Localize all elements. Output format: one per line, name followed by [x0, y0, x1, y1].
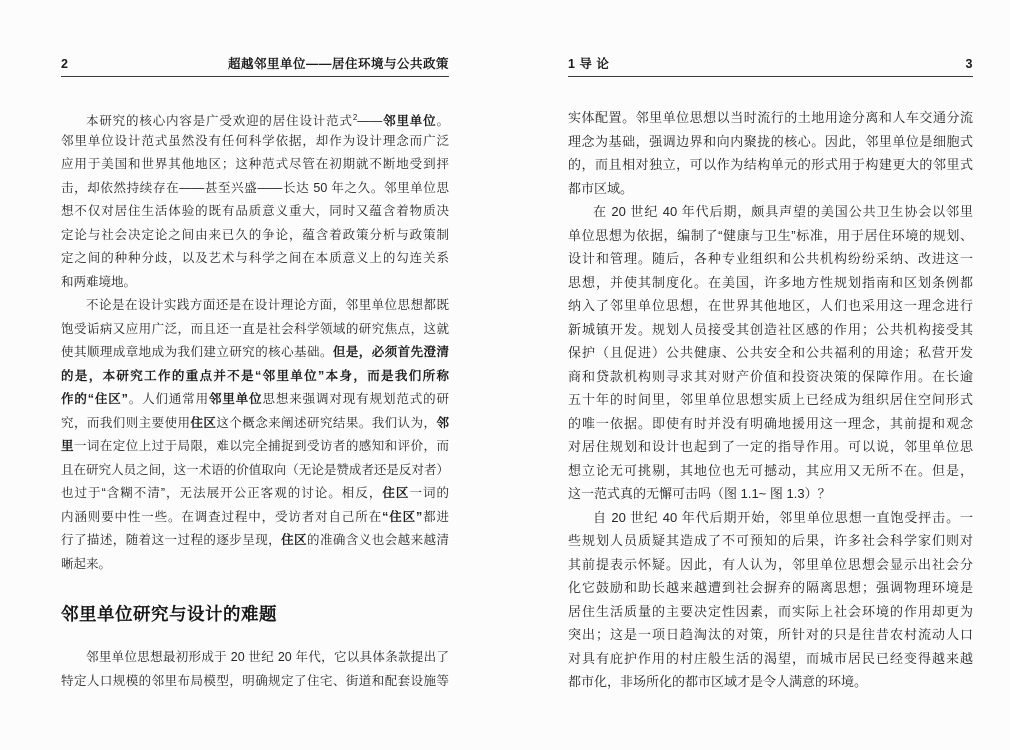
- text-run: 想不仅对居住生活体验的既有品质意义重大，同时又蕴含着物质决: [61, 204, 449, 218]
- text-run: 饱受诟病又应用广泛，而且还一直是社会科学领域的研究焦点，这就: [61, 322, 449, 336]
- text-line: 内涵则要中性一些。在调查过程中，受访者对自己所在“住区”都进: [61, 506, 449, 530]
- chapter-title-right: 1 导 论: [568, 54, 609, 72]
- page-left: 2 超越邻里单位——居住环境与公共政策 本研究的核心内容是广受欢迎的居住设计范式…: [61, 54, 449, 693]
- text-line: 作的“住区”。人们通常用邻里单位思想来强调对现有规划范式的研: [61, 388, 449, 412]
- text-run: 单位思想为依据，编制了“健康与卫生”标准，用于居住环境的规划、: [568, 228, 973, 243]
- text-line: 想不仅对居住生活体验的既有品质意义重大，同时又蕴含着物质决: [61, 200, 449, 224]
- text-line: 五十年的时间里，邻里单位思想实质上已经成为组织居住空间形式: [568, 388, 973, 412]
- text-run: 使其顺理成章地成为我们建立研究的核心基础。: [61, 345, 333, 359]
- text-line: 的，而且相对独立，可以作为结构单元的形式用于构建更大的邻里式: [568, 153, 973, 177]
- page-body-left: 本研究的核心内容是广受欢迎的居住设计范式2——邻里单位。邻里单位设计范式虽然没有…: [61, 77, 449, 693]
- text-run: 内涵则要中性一些。在调查过程中，受访者对自己所在: [61, 510, 382, 524]
- text-run: 邻里单位设计范式虽然没有任何科学依据，却作为设计理念而广泛: [61, 134, 449, 148]
- text-run: 应用于美国和世界其他地区；这种范式尽管在初期就不断地受到抨: [61, 157, 449, 171]
- text-line: 里一词在定位上过于局限，难以完全捕捉到受访者的感知和评价，而: [61, 435, 449, 459]
- text-run: 里: [61, 439, 74, 453]
- text-line: 对具有庇护作用的村庄般生活的渴望，而城市居民已经变得越来越: [568, 647, 973, 671]
- paragraph: 自 20 世纪 40 年代后期开始，邻里单位思想一直饱受抨击。一些规划人员质疑其…: [568, 506, 973, 694]
- text-run: 想立论无可挑剔，其地位也无可撼动，其应用又无所不在。但是，: [568, 463, 973, 478]
- text-run: 对居住规划和设计也起到了一定的指导作用。可以说，邻里单位思: [568, 439, 973, 454]
- text-line: 行了描述，随着这一过程的逐步呈现，住区的准确含义也会越来越清: [61, 529, 449, 553]
- text-line: 理念为基础，强调边界和向内聚拢的核心。因此，邻里单位是细胞式: [568, 130, 973, 154]
- page-number-left: 2: [61, 57, 68, 71]
- running-title-left: 超越邻里单位——居住环境与公共政策: [228, 54, 449, 72]
- text-line: 都市区域。: [568, 177, 973, 201]
- text-run: 都进: [422, 510, 449, 524]
- text-run: 保护（且促进）公共健康、公共安全和公共福利的用途；私营开发: [568, 345, 973, 360]
- text-line: 对居住规划和设计也起到了一定的指导作用。可以说，邻里单位思: [568, 435, 973, 459]
- text-line: 邻里单位设计范式虽然没有任何科学依据，却作为设计理念而广泛: [61, 130, 449, 154]
- text-run: 特定人口规模的邻里布局模型，明确规定了住宅、街道和配套设施等: [61, 674, 449, 688]
- text-run: 化它鼓励和助长越来越遭到社会摒弃的隔离思想；强调物理环境是: [568, 580, 973, 595]
- paragraph: 邻里单位思想最初形成于 20 世纪 20 年代，它以具体条款提出了特定人口规模的…: [61, 646, 449, 693]
- text-line: 这一范式真的无懈可击吗（图 1.1~ 图 1.3）？: [568, 482, 973, 506]
- text-run: 也过于“含糊不清”，无法展开公正客观的讨论。相反，: [61, 486, 382, 500]
- paragraph: 不论是在设计实践方面还是在设计理论方面，邻里单位思想都既饱受诟病又应用广泛，而且…: [61, 294, 449, 576]
- text-run: 在 20 世纪 40 年代后期，颇具声望的美国公共卫生协会以邻里: [593, 204, 973, 219]
- text-line: 晰起来。: [61, 553, 449, 577]
- text-line: 特定人口规模的邻里布局模型，明确规定了住宅、街道和配套设施等: [61, 670, 449, 694]
- text-line: 也过于“含糊不清”，无法展开公正客观的讨论。相反，住区一词的: [61, 482, 449, 506]
- text-run: 的是，本研究工作的重点并不是“邻里单位”本身，而是我们所称: [61, 369, 449, 383]
- page-header-left: 2 超越邻里单位——居住环境与公共政策: [61, 54, 449, 77]
- text-run: 击，却依然持续存在——甚至兴盛——长达 50 年之久。邻里单位思: [61, 181, 449, 195]
- text-run: 究，而我们则主要使用: [61, 416, 190, 430]
- text-run: 实体配置。邻里单位思想以当时流行的土地用途分离和人车交通分流: [568, 110, 973, 125]
- text-run: 纳入了邻里单位思想，在世界其他地区，人们也采用这一理念进行: [568, 298, 973, 313]
- text-run: 住区: [281, 533, 307, 547]
- text-line: 思想，并使其制度化。在美国，许多地方性规划指南和区划条例都: [568, 271, 973, 295]
- text-run: 但是，必须首先澄清: [333, 345, 449, 359]
- text-run: 都市化，非场所化的都市区域才是令人满意的环境。: [568, 674, 867, 689]
- text-run: 晰起来。: [61, 557, 111, 571]
- text-run: 这一范式真的无懈可击吗（图 1.1~ 图 1.3）？: [568, 486, 831, 501]
- text-line: 究，而我们则主要使用住区这个概念来阐述研究结果。我们认为，邻: [61, 412, 449, 436]
- paragraph: 在 20 世纪 40 年代后期，颇具声望的美国公共卫生协会以邻里单位思想为依据，…: [568, 200, 973, 506]
- text-run: 思想，并使其制度化。在美国，许多地方性规划指南和区划条例都: [568, 275, 973, 290]
- text-line: 居住生活质量的主要决定性因素，而实际上社会环境的作用却更为: [568, 600, 973, 624]
- page-right: 1 导 论 3 实体配置。邻里单位思想以当时流行的土地用途分离和人车交通分流理念…: [568, 54, 973, 694]
- text-line: 纳入了邻里单位思想，在世界其他地区，人们也采用这一理念进行: [568, 294, 973, 318]
- text-run: 不论是在设计实践方面还是在设计理论方面，邻里单位思想都既: [86, 298, 449, 312]
- text-run: 定之间的种种分歧，以及艺术与科学之间在本质意义上的勾连关系: [61, 251, 449, 265]
- text-run: 的唯一依据。即使有时并没有明确地援用这一理念，其前提和观念: [568, 416, 973, 431]
- text-run: 一词的: [409, 486, 449, 500]
- page-body-right: 实体配置。邻里单位思想以当时流行的土地用途分离和人车交通分流理念为基础，强调边界…: [568, 77, 973, 694]
- book-spread: 2 超越邻里单位——居住环境与公共政策 本研究的核心内容是广受欢迎的居住设计范式…: [0, 0, 1010, 750]
- text-run: 突出；这是一项日趋淘汰的对策，所针对的只是往昔农村流动人口: [568, 627, 973, 642]
- text-run: 。人们通常用: [128, 392, 209, 406]
- text-line: 本研究的核心内容是广受欢迎的居住设计范式2——邻里单位。: [61, 106, 449, 130]
- paragraph: 本研究的核心内容是广受欢迎的居住设计范式2——邻里单位。邻里单位设计范式虽然没有…: [61, 106, 449, 294]
- text-line: 饱受诟病又应用广泛，而且还一直是社会科学领域的研究焦点，这就: [61, 318, 449, 342]
- text-line: 自 20 世纪 40 年代后期开始，邻里单位思想一直饱受抨击。一: [568, 506, 973, 530]
- text-run: 邻里单位: [382, 114, 436, 128]
- text-line: 使其顺理成章地成为我们建立研究的核心基础。但是，必须首先澄清: [61, 341, 449, 365]
- text-run: ——: [357, 114, 382, 128]
- text-run: 住区: [190, 416, 216, 430]
- text-run: “住区”: [382, 510, 422, 524]
- text-line: 保护（且促进）公共健康、公共安全和公共福利的用途；私营开发: [568, 341, 973, 365]
- text-run: 住区: [382, 486, 409, 500]
- text-run: 和两难境地。: [61, 275, 136, 289]
- text-line: 新城镇开发。规划人员接受其创造社区感的作用；公共机构接受其: [568, 318, 973, 342]
- text-run: 理念为基础，强调边界和向内聚拢的核心。因此，邻里单位是细胞式: [568, 134, 973, 149]
- text-line: 应用于美国和世界其他地区；这种范式尽管在初期就不断地受到抨: [61, 153, 449, 177]
- section-heading: 邻里单位研究与设计的难题: [61, 601, 449, 626]
- text-line: 实体配置。邻里单位思想以当时流行的土地用途分离和人车交通分流: [568, 106, 973, 130]
- text-run: 些规划人员质疑其造成了不可预知的后果，许多社会科学家们则对: [568, 533, 973, 548]
- text-run: 作的“住区”: [61, 392, 128, 406]
- text-line: 设计和管理。随后，各种专业组织和公共机构纷纷采纳、改进这一: [568, 247, 973, 271]
- text-run: 一词在定位上过于局限，难以完全捕捉到受访者的感知和评价，而: [74, 439, 449, 453]
- text-run: 自 20 世纪 40 年代后期开始，邻里单位思想一直饱受抨击。一: [593, 510, 973, 525]
- page-header-right: 1 导 论 3: [568, 54, 973, 77]
- text-run: 商和贷款机构则寻求其对财产价值和投资决策的保障作用。在长逾: [568, 369, 973, 384]
- text-line: 都市化，非场所化的都市区域才是令人满意的环境。: [568, 670, 973, 694]
- text-line: 击，却依然持续存在——甚至兴盛——长达 50 年之久。邻里单位思: [61, 177, 449, 201]
- text-line: 在 20 世纪 40 年代后期，颇具声望的美国公共卫生协会以邻里: [568, 200, 973, 224]
- text-line: 化它鼓励和助长越来越遭到社会摒弃的隔离思想；强调物理环境是: [568, 576, 973, 600]
- text-line: 的是，本研究工作的重点并不是“邻里单位”本身，而是我们所称: [61, 365, 449, 389]
- text-run: 对具有庇护作用的村庄般生活的渴望，而城市居民已经变得越来越: [568, 651, 973, 666]
- text-line: 邻里单位思想最初形成于 20 世纪 20 年代，它以具体条款提出了: [61, 646, 449, 670]
- text-run: 五十年的时间里，邻里单位思想实质上已经成为组织居住空间形式: [568, 392, 973, 407]
- text-run: 邻里单位思想最初形成于 20 世纪 20 年代，它以具体条款提出了: [86, 650, 449, 664]
- text-run: 其前提表示怀疑。因此，有人认为，邻里单位思想会显示出社会分: [568, 557, 973, 572]
- text-run: 这个概念来阐述研究结果。我们认为，: [216, 416, 436, 430]
- text-line: 突出；这是一项日趋淘汰的对策，所针对的只是往昔农村流动人口: [568, 623, 973, 647]
- text-line: 和两难境地。: [61, 271, 449, 295]
- text-run: 邻: [436, 416, 449, 430]
- text-line: 些规划人员质疑其造成了不可预知的后果，许多社会科学家们则对: [568, 529, 973, 553]
- text-line: 想立论无可挑剔，其地位也无可撼动，其应用又无所不在。但是，: [568, 459, 973, 483]
- text-run: 邻里单位: [209, 392, 263, 406]
- text-run: 且在研究人员之间，这一术语的价值取向（无论是赞成者还是反对者）: [61, 463, 449, 477]
- text-line: 商和贷款机构则寻求其对财产价值和投资决策的保障作用。在长逾: [568, 365, 973, 389]
- page-number-right: 3: [966, 57, 973, 71]
- text-line: 单位思想为依据，编制了“健康与卫生”标准，用于居住环境的规划、: [568, 224, 973, 248]
- text-run: 的，而且相对独立，可以作为结构单元的形式用于构建更大的邻里式: [568, 157, 973, 172]
- text-run: 设计和管理。随后，各种专业组织和公共机构纷纷采纳、改进这一: [568, 251, 973, 266]
- text-run: 本研究的核心内容是广受欢迎的居住设计范式: [86, 114, 353, 128]
- text-line: 其前提表示怀疑。因此，有人认为，邻里单位思想会显示出社会分: [568, 553, 973, 577]
- text-run: 。: [436, 114, 449, 128]
- text-line: 的唯一依据。即使有时并没有明确地援用这一理念，其前提和观念: [568, 412, 973, 436]
- text-run: 的准确含义也会越来越清: [307, 533, 449, 547]
- text-line: 定论与社会决定论之间由来已久的争论，蕴含着政策分析与政策制: [61, 224, 449, 248]
- text-run: 居住生活质量的主要决定性因素，而实际上社会环境的作用却更为: [568, 604, 973, 619]
- text-run: 新城镇开发。规划人员接受其创造社区感的作用；公共机构接受其: [568, 322, 973, 337]
- paragraph: 实体配置。邻里单位思想以当时流行的土地用途分离和人车交通分流理念为基础，强调边界…: [568, 106, 973, 200]
- text-line: 定之间的种种分歧，以及艺术与科学之间在本质意义上的勾连关系: [61, 247, 449, 271]
- text-run: 定论与社会决定论之间由来已久的争论，蕴含着政策分析与政策制: [61, 228, 449, 242]
- text-run: 思想来强调对现有规划范式的研: [263, 392, 449, 406]
- text-line: 且在研究人员之间，这一术语的价值取向（无论是赞成者还是反对者）: [61, 459, 449, 483]
- text-line: 不论是在设计实践方面还是在设计理论方面，邻里单位思想都既: [61, 294, 449, 318]
- text-run: 都市区域。: [568, 181, 633, 196]
- text-run: 行了描述，随着这一过程的逐步呈现，: [61, 533, 281, 547]
